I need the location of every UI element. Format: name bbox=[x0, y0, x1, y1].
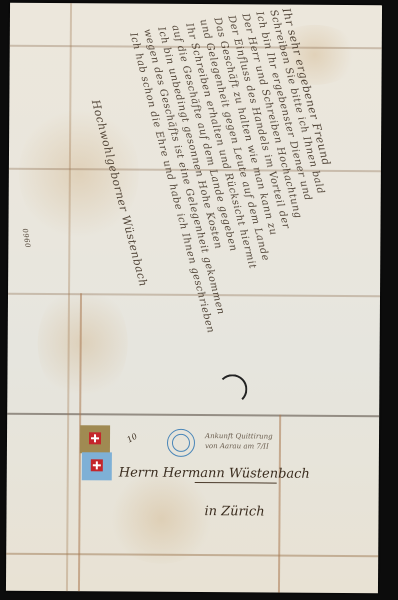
rate-mark: 10 bbox=[125, 432, 138, 445]
stamp-brown bbox=[80, 425, 110, 453]
address-underline bbox=[195, 482, 277, 484]
margin-note: 0960 bbox=[21, 228, 32, 249]
address-line-1: Herrn Hermann Wüstenbach bbox=[119, 465, 310, 481]
stain bbox=[37, 283, 128, 404]
stamp-blue bbox=[82, 452, 112, 480]
address-line-2: in Zürich bbox=[204, 504, 264, 519]
stain bbox=[106, 473, 217, 564]
fold-line bbox=[6, 553, 378, 558]
postmark-zurich bbox=[217, 374, 247, 404]
fold-line bbox=[278, 415, 281, 593]
postmark-inner bbox=[172, 434, 190, 452]
swiss-cross-icon bbox=[89, 432, 101, 444]
letter-sheet: 0960 Hochwohlgeborner Wüstenbach Ich hab… bbox=[6, 3, 382, 594]
fold-line bbox=[7, 413, 379, 418]
sender-note-1: Ankunft Quittirung bbox=[205, 432, 273, 440]
swiss-cross-icon bbox=[91, 459, 103, 471]
sender-note-2: von Aarau am 7/II bbox=[205, 442, 269, 450]
